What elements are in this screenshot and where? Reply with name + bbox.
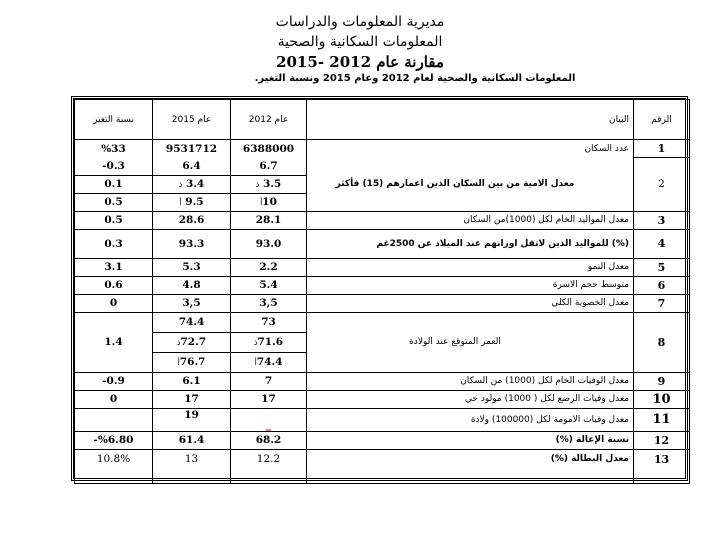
value-change: 0.3- [75, 158, 153, 176]
table-row: 9 معدل الوفيات الخام لكل (1000) من السكا… [75, 372, 690, 390]
value-change [75, 408, 153, 431]
value-2012-missing: _ [231, 408, 307, 431]
value-change: 10.8% [75, 449, 153, 483]
row-label: نسبة الإعالة (%) [307, 431, 634, 449]
value-change: 0.3 [75, 229, 153, 258]
table-row: 5 معدل النمو 2.2 5.3 3.1 [75, 258, 690, 276]
row-number: 11 [634, 408, 690, 431]
value-change: 0.1 [75, 175, 153, 193]
row-label: معدل المواليد الخام لكل (1000)من السكان [307, 211, 634, 229]
table-row: 3 معدل المواليد الخام لكل (1000)من السكا… [75, 211, 690, 229]
value-2012-female: 74.4أ [231, 352, 307, 372]
value-2012: 2.2 [231, 258, 307, 276]
value-change: %33 [75, 140, 153, 158]
value-change: 1.4 [75, 312, 153, 372]
value-2012: 7 [231, 372, 307, 390]
value-2012: 73 [231, 312, 307, 332]
value-2012-male: 3.5 ذ [231, 175, 307, 193]
value-2015: 6.4 [153, 158, 231, 176]
value-change: 0 [75, 294, 153, 312]
table-row: 12 نسبة الإعالة (%) 68.2 61.4 %6.80- [75, 431, 690, 449]
value-change: %6.80- [75, 431, 153, 449]
row-number: 4 [634, 229, 690, 258]
row-label: عدد السكان [307, 140, 634, 158]
row-number: 6 [634, 276, 690, 294]
table-row: 1 عدد السكان 6388000 9531712 %33 [75, 140, 690, 158]
table-row: 8 العمر المتوقع عند الولادة 73 74.4 1.4 [75, 312, 690, 332]
value-change: 0 [75, 390, 153, 408]
table-row: 11 معدل وفيات الامومة لكل (100000) ولادة… [75, 408, 690, 431]
row-number: 13 [634, 449, 690, 483]
table-row: 10 معدل وفيات الرضع لكل ( 1000) مولود حي… [75, 390, 690, 408]
value-2015: 6.1 [153, 372, 231, 390]
col-header-statement: البيان [307, 100, 634, 140]
value-change: 0.5 [75, 211, 153, 229]
value-2012: 17 [231, 390, 307, 408]
col-header-2015: عام 2015 [153, 100, 231, 140]
value-2015: 28.6 [153, 211, 231, 229]
row-number: 3 [634, 211, 690, 229]
row-label: معدل الوفيات الخام لكل (1000) من السكان [307, 372, 634, 390]
row-number: 10 [634, 390, 690, 408]
col-header-2012: عام 2012 [231, 100, 307, 140]
table-row: 13 معدل البطالة (%) 12.2 13 10.8% [75, 449, 690, 483]
table-row: 4 (%) للمواليد الذين لاتقل اوزانهم عند ا… [75, 229, 690, 258]
value-2012: 6388000 [231, 140, 307, 158]
value-change: 3.1 [75, 258, 153, 276]
row-number: 7 [634, 294, 690, 312]
value-2015: 4.8 [153, 276, 231, 294]
row-number: 8 [634, 312, 690, 372]
value-2015-female: 76.7أ [153, 352, 231, 372]
row-label: (%) للمواليد الذين لاتقل اوزانهم عند الم… [307, 229, 634, 258]
value-2012-male: 71.6ذ [231, 332, 307, 352]
row-number: 9 [634, 372, 690, 390]
value-2015-male: 72.7ذ [153, 332, 231, 352]
value-2015: 17 [153, 390, 231, 408]
value-2012: 93.0 [231, 229, 307, 258]
table-row: 7 معدل الخصوبة الكلي 3,5 3,5 0 [75, 294, 690, 312]
row-label: معدل الخصوبة الكلي [307, 294, 634, 312]
value-2015: 5.3 [153, 258, 231, 276]
value-2015: 93.3 [153, 229, 231, 258]
value-2015: 13 [153, 449, 231, 483]
table-header-row: الرقم البيان عام 2012 عام 2015 نسبة التغ… [75, 100, 690, 140]
value-change: 0.9- [75, 372, 153, 390]
row-label: معدل البطالة (%) [307, 449, 634, 483]
row-label: العمر المتوقع عند الولادة [307, 312, 634, 372]
title-section: المعلومات السكانية والصحية [0, 32, 720, 52]
document-title-block: مديرية المعلومات والدراسات المعلومات الس… [0, 12, 720, 72]
value-2015-female: 9.5 أ [153, 193, 231, 211]
table-row: 6 متوسط حجم الاسرة 5.4 4.8 0.6 [75, 276, 690, 294]
value-2012-female: 10أ [231, 193, 307, 211]
value-2012: 6.7 [231, 158, 307, 176]
value-change: 0.5 [75, 193, 153, 211]
col-header-change: نسبة التغير [75, 100, 153, 140]
table-row: 2 معدل الامية من بين السكان الذين اعماره… [75, 158, 690, 176]
row-number: 2 [634, 158, 690, 212]
row-number: 5 [634, 258, 690, 276]
value-2012: 12.2 [231, 449, 307, 483]
row-label: معدل وفيات الامومة لكل (100000) ولادة [307, 408, 634, 431]
row-label: معدل الامية من بين السكان الذين اعمارهم … [307, 158, 634, 212]
value-2015: 9531712 [153, 140, 231, 158]
value-2012: 3,5 [231, 294, 307, 312]
value-change: 0.6 [75, 276, 153, 294]
col-header-number: الرقم [634, 100, 690, 140]
value-2015: 61.4 [153, 431, 231, 449]
value-2012: 5.4 [231, 276, 307, 294]
row-label: معدل وفيات الرضع لكل ( 1000) مولود حي [307, 390, 634, 408]
value-2012: 28.1 [231, 211, 307, 229]
value-2015: 74.4 [153, 312, 231, 332]
statistics-table: الرقم البيان عام 2012 عام 2015 نسبة التغ… [71, 96, 688, 481]
title-directorate: مديرية المعلومات والدراسات [0, 12, 720, 32]
value-2012: 68.2 [231, 431, 307, 449]
value-2015: 3,5 [153, 294, 231, 312]
table-caption: المعلومات السكانية والصحية لعام 2012 وعا… [230, 73, 600, 84]
value-2015-male: 3.4 ذ [153, 175, 231, 193]
row-label: معدل النمو [307, 258, 634, 276]
row-label: متوسط حجم الاسرة [307, 276, 634, 294]
value-2015: 19 [153, 408, 231, 431]
title-comparison: مقارنة عام 2012 -2015 [0, 52, 720, 72]
row-number: 12 [634, 431, 690, 449]
row-number: 1 [634, 140, 690, 158]
